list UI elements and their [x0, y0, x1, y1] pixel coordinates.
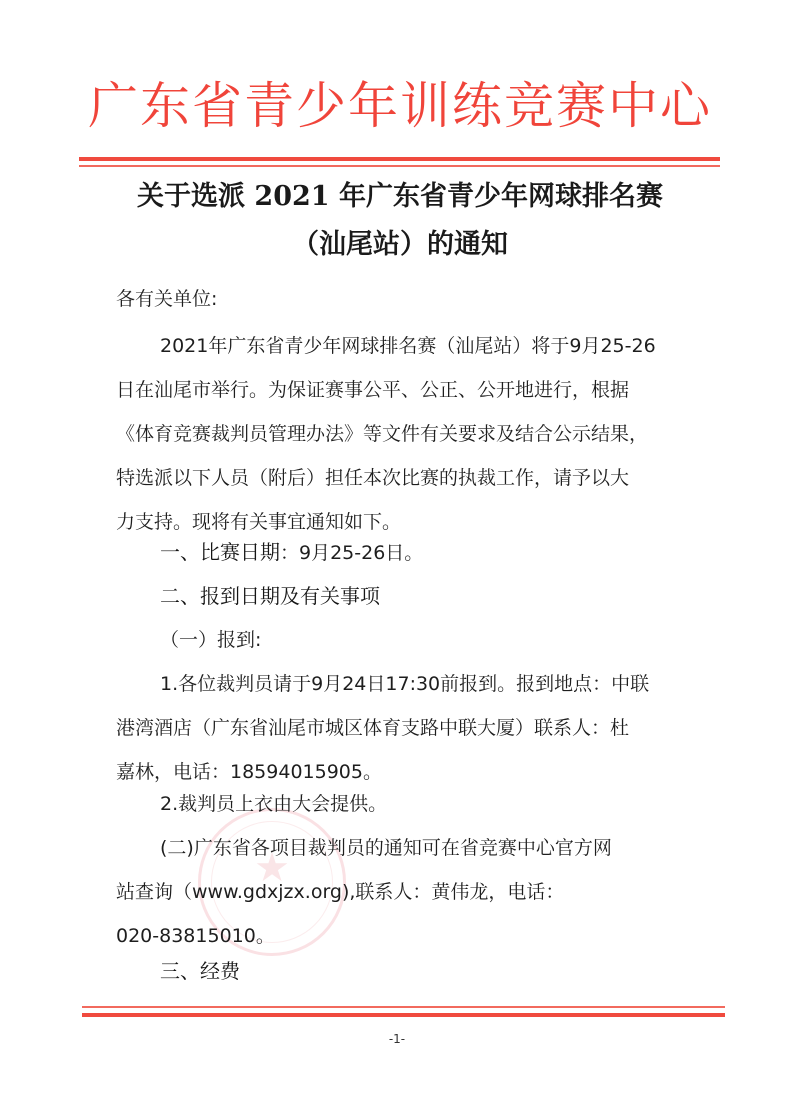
- intro-line: 力支持。现将有关事宜通知如下。: [116, 509, 401, 535]
- intro-line: 日在汕尾市举行。为保证赛事公平、公正、公开地进行，根据: [116, 377, 629, 403]
- header-rule-thin: [79, 165, 720, 167]
- footer-rule-thick: [82, 1013, 725, 1017]
- document-title-line-1: 关于选派 2021 年广东省青少年网球排名赛: [80, 180, 720, 214]
- organization-letterhead: 广东省青少年训练竞赛中心: [80, 76, 720, 136]
- footer-rule-thin: [82, 1006, 725, 1008]
- section-2-sub-2-line: 站查询（www.gdxjzx.org),联系人：黄伟龙，电话：: [116, 879, 564, 905]
- document-title-line-2: （汕尾站）的通知: [80, 228, 720, 262]
- section-3-heading: 三、经费: [160, 958, 240, 984]
- intro-line: 2021年广东省青少年网球排名赛（汕尾站）将于9月25-26: [160, 333, 656, 359]
- section-2-sub-2-line: 020-83815010。: [116, 923, 275, 949]
- section-2-heading: 二、报到日期及有关事项: [160, 583, 380, 609]
- page-number: -1-: [0, 1032, 794, 1046]
- section-1-value: ：9月25-26日。: [280, 542, 423, 564]
- item-1-line: 嘉林，电话：18594015905。: [116, 759, 382, 785]
- item-1-line: 1.各位裁判员请于9月24日17:30前报到。报到地点：中联: [160, 671, 649, 697]
- section-1: 一、比赛日期：9月25-26日。: [160, 539, 423, 566]
- document-page: 广东省青少年训练竞赛中心 关于选派 2021 年广东省青少年网球排名赛 （汕尾站…: [0, 0, 794, 1108]
- header-rule-thick: [79, 157, 720, 161]
- item-1-line: 港湾酒店（广东省汕尾市城区体育支路中联大厦）联系人：杜: [116, 715, 629, 741]
- salutation: 各有关单位:: [116, 286, 217, 312]
- item-2: 2.裁判员上衣由大会提供。: [160, 791, 387, 817]
- intro-line: 特选派以下人员（附后）担任本次比赛的执裁工作，请予以大: [116, 465, 629, 491]
- section-2-sub-1-heading: （一）报到:: [160, 627, 261, 653]
- section-2-sub-2-line: (二)广东省各项目裁判员的通知可在省竞赛中心官方网: [160, 835, 612, 861]
- intro-line: 《体育竞赛裁判员管理办法》等文件有关要求及结合公示结果，: [116, 421, 648, 447]
- section-1-heading: 一、比赛日期: [160, 540, 280, 564]
